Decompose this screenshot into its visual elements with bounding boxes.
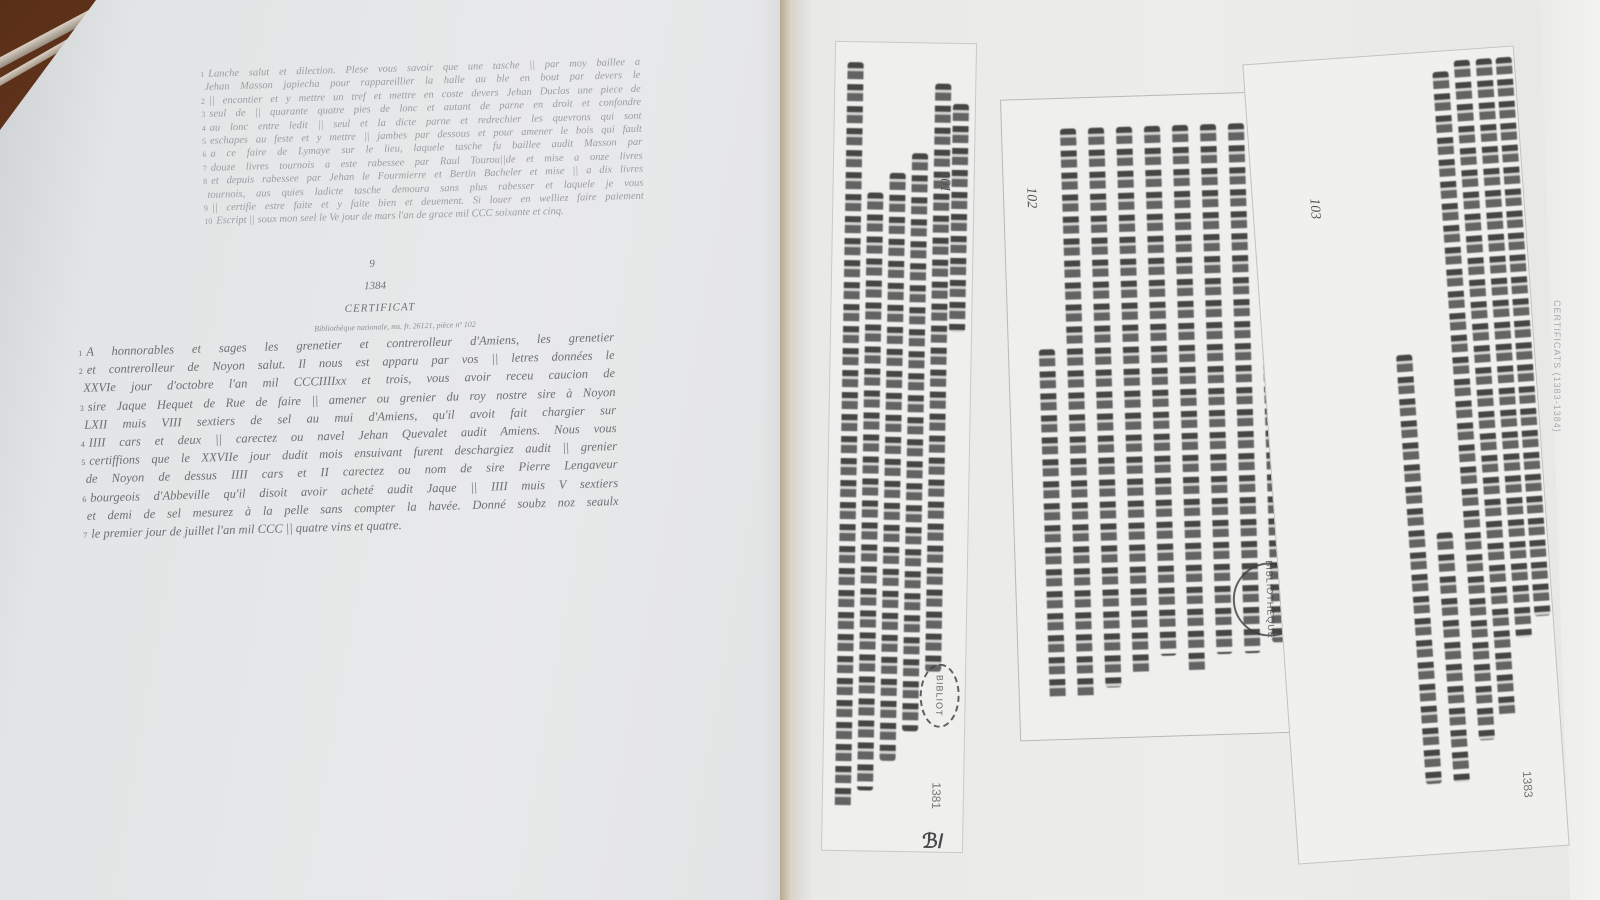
running-title: CERTIFICATS (1383-1384) (1552, 300, 1562, 433)
bottom-number: 1383 (1520, 771, 1536, 799)
manuscript-facsimile-1: 101 BIBLIOT 1381 ℬ/ (821, 41, 977, 853)
handwriting-line (1437, 532, 1470, 783)
handwriting-line (902, 153, 928, 731)
certificat-text: 1A honnorables et sages les grenetier et… (78, 329, 619, 544)
book-gutter (780, 0, 792, 900)
top-passage: 1Lanche salut et dilection. Plese vous s… (200, 56, 644, 229)
folio-number: 101 (936, 171, 952, 192)
handwriting-line (1396, 354, 1442, 784)
handwriting-line (949, 104, 969, 332)
handwriting-line (1172, 125, 1205, 675)
library-stamp: BIBLIOT (919, 663, 960, 728)
handwriting-line (1039, 349, 1066, 699)
handwriting-line (1200, 124, 1233, 654)
folio-number: 102 (1022, 187, 1039, 208)
handwriting-line (1116, 127, 1149, 677)
manuscript-facsimile-3: 103 1383 (1242, 45, 1569, 864)
bottom-number: 1381 (929, 782, 943, 809)
handwriting-line (1060, 128, 1094, 698)
signature-mark: ℬ/ (922, 828, 944, 853)
handwriting-line (857, 192, 883, 790)
handwriting-line (1088, 127, 1122, 687)
handwriting-line (1144, 126, 1177, 656)
handwriting-line (880, 173, 906, 761)
folio-number: 103 (1305, 198, 1322, 220)
document-year: 1384 (350, 279, 400, 292)
document-number: 9 (352, 257, 392, 270)
